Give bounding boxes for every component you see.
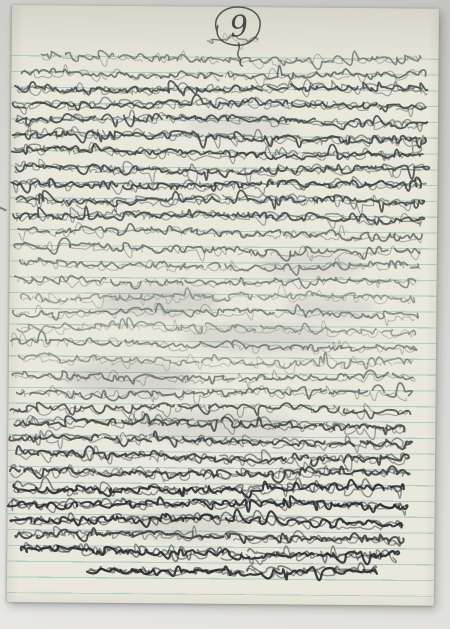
page-number-group: 9 bbox=[215, 7, 260, 66]
scrawl-line bbox=[18, 222, 421, 244]
page-number: 9 bbox=[228, 8, 250, 44]
scrawl-line bbox=[14, 238, 420, 262]
scrawl-line bbox=[17, 80, 427, 99]
handwriting-svg: 9 bbox=[7, 5, 439, 606]
scrawl-line bbox=[25, 64, 422, 88]
scrawl-line bbox=[16, 188, 424, 212]
photo-background: 9 bbox=[0, 0, 450, 629]
stray-pen-mark bbox=[0, 206, 7, 211]
scrawl-line bbox=[18, 223, 422, 242]
scrawl-line bbox=[18, 77, 424, 95]
paper-sheet: 9 bbox=[7, 5, 439, 606]
